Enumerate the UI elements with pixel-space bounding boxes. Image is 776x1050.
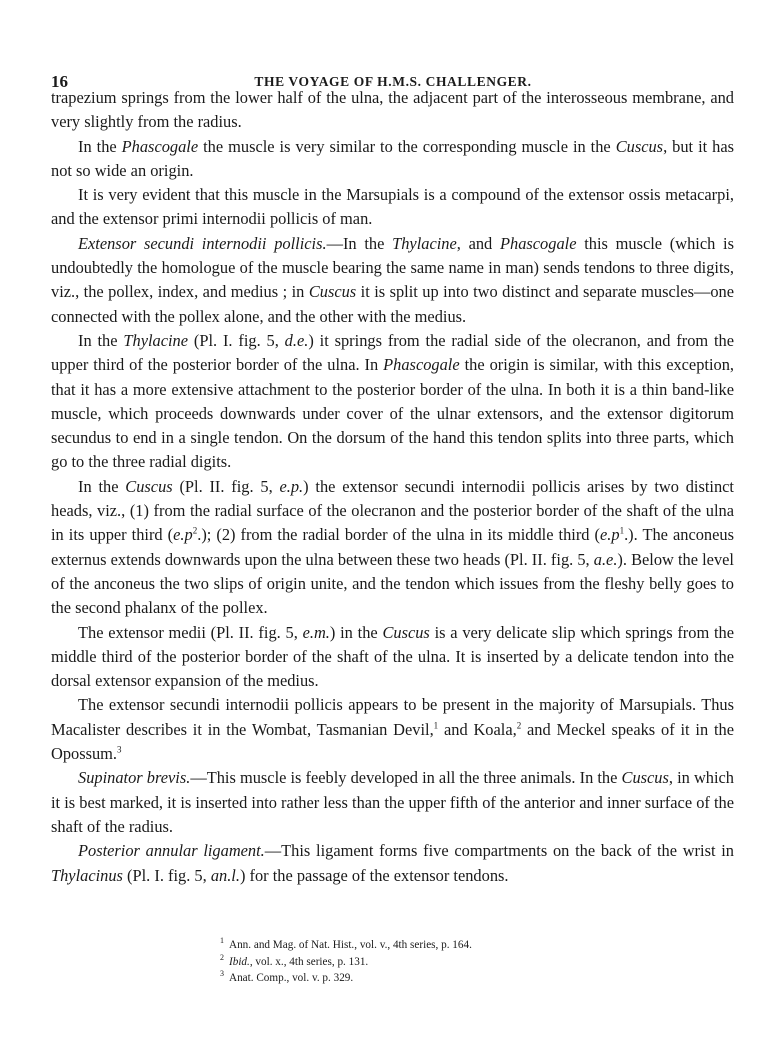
text-run: .); (2) from the radial border of the ul… <box>197 525 600 544</box>
text-run: and Koala, <box>438 720 517 739</box>
taxon-name: Thylacine <box>392 234 457 253</box>
paragraph-posterior-annular-ligament: Posterior annular ligament.—This ligamen… <box>51 839 734 888</box>
footnote-3: 3Anat. Comp., vol. v. p. 329. <box>220 970 620 987</box>
paragraph-extensor-medii: The extensor medii (Pl. II. fig. 5, e.m.… <box>51 621 734 694</box>
text-run: In the <box>78 331 123 350</box>
footnote-reference[interactable]: 3 <box>117 745 122 755</box>
figure-label: e.p <box>600 525 620 544</box>
figure-label: e.p <box>173 525 193 544</box>
text-run: —This muscle is feebly developed in all … <box>190 768 621 787</box>
figure-label: e.m. <box>303 623 330 642</box>
paragraph-text: trapezium springs from the lower half of… <box>51 88 734 131</box>
figure-label: d.e. <box>285 331 309 350</box>
text-run: (Pl. I. fig. 5, <box>188 331 285 350</box>
paragraph-trapezium-continuation: trapezium springs from the lower half of… <box>51 86 734 135</box>
taxon-name: Phascogale <box>122 137 198 156</box>
footnotes: 1Ann. and Mag. of Nat. Hist., vol. v., 4… <box>220 937 620 987</box>
text-run: —In the <box>327 234 393 253</box>
taxon-name: Cuscus <box>616 137 663 156</box>
text-run: In the <box>78 477 125 496</box>
footnote-italic: Ibid. <box>229 956 250 968</box>
document-page: 16 THE VOYAGE OF H.M.S. CHALLENGER. trap… <box>0 0 776 1050</box>
text-run: ) for the passage of the extensor tendon… <box>240 866 509 885</box>
paragraph-extensor-secundi: Extensor secundi internodii pollicis.—In… <box>51 232 734 329</box>
figure-label: an.l. <box>211 866 240 885</box>
text-run: In the <box>78 137 122 156</box>
figure-label: a.e. <box>594 550 618 569</box>
text-run: the muscle is very similar to the corres… <box>198 137 616 156</box>
text-run: ) in the <box>330 623 383 642</box>
taxon-name: Thylacine <box>123 331 188 350</box>
taxon-name: Cuscus <box>309 282 356 301</box>
footnote-text: Anat. Comp., vol. v. p. 329. <box>229 972 353 984</box>
footnote-1: 1Ann. and Mag. of Nat. Hist., vol. v., 4… <box>220 937 620 954</box>
taxon-name: Phascogale <box>500 234 576 253</box>
taxon-name: Cuscus <box>382 623 429 642</box>
footnote-text: , vol. x., 4th series, p. 131. <box>250 956 368 968</box>
taxon-name: Thylacinus <box>51 866 123 885</box>
text-run: (Pl. I. fig. 5, <box>123 866 211 885</box>
section-heading: Supinator brevis. <box>78 768 190 787</box>
paragraph-text: It is very evident that this muscle in t… <box>51 185 734 228</box>
paragraph-cuscus-heads: In the Cuscus (Pl. II. fig. 5, e.p.) the… <box>51 475 734 621</box>
section-heading: Posterior annular ligament. <box>78 841 265 860</box>
footnote-mark: 1 <box>220 936 224 945</box>
paragraph-supinator-brevis: Supinator brevis.—This muscle is feebly … <box>51 766 734 839</box>
paragraph-phascogale: In the Phascogale the muscle is very sim… <box>51 135 734 184</box>
footnote-mark: 3 <box>220 969 224 978</box>
text-run: The extensor medii (Pl. II. fig. 5, <box>78 623 303 642</box>
text-run: , and <box>457 234 500 253</box>
body-text: trapezium springs from the lower half of… <box>51 86 734 888</box>
paragraph-compound-muscle: It is very evident that this muscle in t… <box>51 183 734 232</box>
paragraph-marsupials-majority: The extensor secundi internodii pollicis… <box>51 693 734 766</box>
taxon-name: Cuscus <box>125 477 172 496</box>
text-run: (Pl. II. fig. 5, <box>173 477 280 496</box>
taxon-name: Phascogale <box>383 355 459 374</box>
footnote-2: 2Ibid., vol. x., 4th series, p. 131. <box>220 954 620 971</box>
section-heading: Extensor secundi internodii pollicis. <box>78 234 327 253</box>
taxon-name: Cuscus <box>622 768 669 787</box>
footnote-mark: 2 <box>220 953 224 962</box>
paragraph-thylacine-origin: In the Thylacine (Pl. I. fig. 5, d.e.) i… <box>51 329 734 475</box>
text-run: —This ligament forms five compartments o… <box>265 841 734 860</box>
footnote-text: Ann. and Mag. of Nat. Hist., vol. v., 4t… <box>229 939 472 951</box>
figure-label: e.p. <box>279 477 303 496</box>
